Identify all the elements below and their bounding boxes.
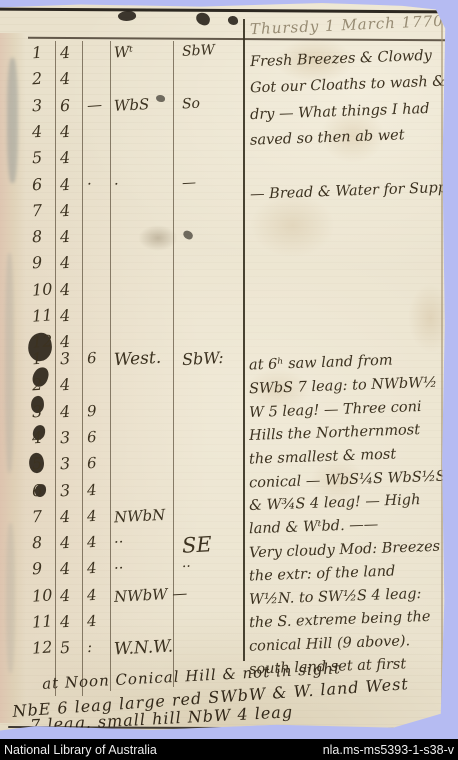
log-cell-knots: 3: [59, 480, 70, 500]
remark-line: conical — WbS¼S WbS½S: [249, 469, 446, 492]
library-name: National Library of Australia: [4, 743, 157, 757]
log-cell-knots: 4: [59, 227, 70, 247]
log-cell-course: ·: [114, 174, 120, 192]
manuscript-page: Thursdy 1 March 1770 14WᵗSbW2436—WbSSo44…: [0, 3, 447, 732]
log-cell-wind: —: [182, 174, 197, 191]
log-cell-course: NWbW —: [114, 584, 188, 606]
log-cell-hour: 11: [31, 305, 53, 325]
log-cell-knots: 4: [59, 559, 70, 579]
log-cell-hour: 4: [31, 428, 42, 448]
remark-line: Very cloudy Mod: Breezes: [249, 539, 441, 562]
column-rule-hours: [55, 41, 56, 696]
remark-line: conical Hill (9 above).: [249, 633, 411, 655]
log-cell-fathoms: 6: [86, 349, 97, 368]
paper-stain: [250, 193, 335, 258]
log-cell-knots: 3: [59, 454, 70, 474]
log-cell-fathoms: 4: [86, 533, 97, 552]
page-bottom-edge: [8, 726, 440, 730]
log-cell-hour: 7: [31, 200, 42, 220]
log-cell-hour: 3: [31, 401, 42, 421]
remark-line: — Bread & Water for Supp —: [250, 179, 458, 203]
log-cell-hour: 10: [31, 279, 53, 299]
log-cell-wind: SbW:: [182, 348, 225, 369]
remark-line: W½N. to SW½S 4 leag:: [249, 586, 422, 608]
log-cell-hour: 9: [31, 253, 42, 273]
edge-smudge: [5, 253, 14, 473]
log-cell-knots: 6: [59, 95, 70, 115]
log-cell-knots: 3: [59, 349, 70, 369]
log-cell-knots: 4: [59, 533, 70, 553]
remark-line: Got our Cloaths to wash &: [250, 74, 446, 97]
log-cell-knots: 4: [59, 375, 70, 395]
log-cell-hour: 6: [31, 480, 42, 500]
log-cell-hour: 11: [31, 611, 53, 631]
log-cell-wind: ··: [182, 559, 192, 575]
column-rule-remarks: [243, 19, 245, 661]
remark-line: dry — What things I had: [250, 100, 430, 122]
log-cell-course: Wᵗ: [114, 43, 134, 62]
paper-stain: [408, 283, 453, 353]
remark-line: the extr: of the land: [249, 563, 396, 584]
log-cell-knots: 4: [59, 401, 70, 421]
log-cell-hour: 8: [31, 227, 42, 247]
ink-scribble: [182, 230, 194, 241]
page-top-edge: [0, 8, 454, 14]
log-cell-hour: 9: [31, 559, 42, 579]
log-cell-fathoms: 6: [86, 428, 97, 447]
image-id: nla.ms-ms5393-1-s38-v: [323, 743, 454, 757]
log-cell-knots: 4: [59, 43, 70, 63]
paper-stain: [138, 225, 178, 251]
log-cell-hour: 5: [31, 148, 42, 168]
log-cell-fathoms: 4: [86, 559, 97, 578]
library-footer-bar: National Library of Australia nla.ms-ms5…: [0, 739, 458, 760]
remark-line: land & Wᵗbd. ——: [249, 517, 379, 538]
log-cell-fathoms: 6: [86, 454, 97, 473]
log-cell-hour: 5: [31, 454, 42, 474]
remark-line: & W¾S 4 leag! — High: [249, 492, 421, 514]
edge-smudge: [7, 58, 18, 183]
log-cell-course: W.N.W.: [114, 637, 174, 660]
log-cell-course: West.: [114, 348, 162, 370]
log-cell-hour: 2: [31, 375, 42, 395]
log-cell-knots: 4: [59, 148, 70, 168]
log-cell-knots: 4: [59, 200, 70, 220]
log-cell-knots: 4: [59, 279, 70, 299]
log-cell-knots: 4: [59, 69, 70, 89]
log-cell-hour: 1: [31, 349, 42, 369]
scan-viewport: Thursdy 1 March 1770 14WᵗSbW2436—WbSSo44…: [0, 0, 458, 760]
remark-line: the smallest & most: [249, 446, 397, 467]
log-cell-knots: 4: [59, 306, 70, 326]
log-cell-course: WbS: [114, 95, 150, 115]
log-cell-hour: 12: [31, 638, 53, 658]
log-cell-fathoms: 4: [86, 585, 97, 604]
log-cell-fathoms: ·: [86, 174, 92, 192]
log-cell-knots: 4: [59, 253, 70, 273]
log-cell-fathoms: 4: [86, 480, 97, 499]
log-cell-fathoms: 4: [86, 506, 97, 525]
log-cell-hour: 3: [31, 95, 42, 115]
log-cell-fathoms: —: [86, 95, 102, 114]
log-cell-course: ··: [114, 533, 124, 551]
log-cell-fathoms: 4: [86, 612, 97, 631]
ink-scribble: [195, 12, 211, 27]
log-cell-hour: 6: [31, 174, 42, 194]
log-cell-wind: So: [182, 95, 201, 112]
log-cell-hour: 10: [31, 585, 53, 605]
log-cell-hour: 7: [31, 506, 42, 526]
column-rule-fathoms: [110, 41, 111, 691]
log-cell-knots: 3: [59, 428, 70, 448]
remark-line: Hills the Northernmost: [249, 422, 421, 444]
column-rule-knots: [82, 41, 83, 696]
log-cell-knots: 4: [59, 585, 70, 605]
log-cell-knots: 5: [59, 638, 70, 658]
log-cell-course: NWbN: [114, 505, 166, 526]
remark-line: the S. extreme being the: [249, 609, 431, 631]
log-cell-knots: 4: [59, 506, 70, 526]
log-date-heading: Thursdy 1 March 1770: [250, 12, 444, 38]
log-cell-hour: 1: [31, 43, 42, 63]
ink-scribble: [156, 95, 165, 102]
log-cell-fathoms: :: [86, 638, 92, 656]
log-cell-hour: 4: [31, 122, 42, 142]
log-cell-wind: SE: [181, 532, 212, 558]
log-cell-hour: 8: [31, 533, 42, 553]
page-right-edge: [441, 11, 443, 717]
log-cell-hour: 2: [31, 69, 42, 89]
ink-scribble: [117, 10, 136, 22]
log-cell-course: ··: [114, 559, 124, 577]
log-cell-knots: 4: [59, 122, 70, 142]
log-cell-fathoms: 9: [86, 401, 97, 420]
remark-line: at 6ʰ saw land from: [249, 352, 393, 373]
table-header-rule: [28, 37, 445, 41]
log-cell-knots: 4: [59, 612, 70, 632]
edge-smudge: [6, 523, 15, 673]
log-cell-wind: SbW: [182, 42, 216, 60]
ink-scribble: [228, 16, 239, 26]
log-cell-knots: 4: [59, 174, 70, 194]
